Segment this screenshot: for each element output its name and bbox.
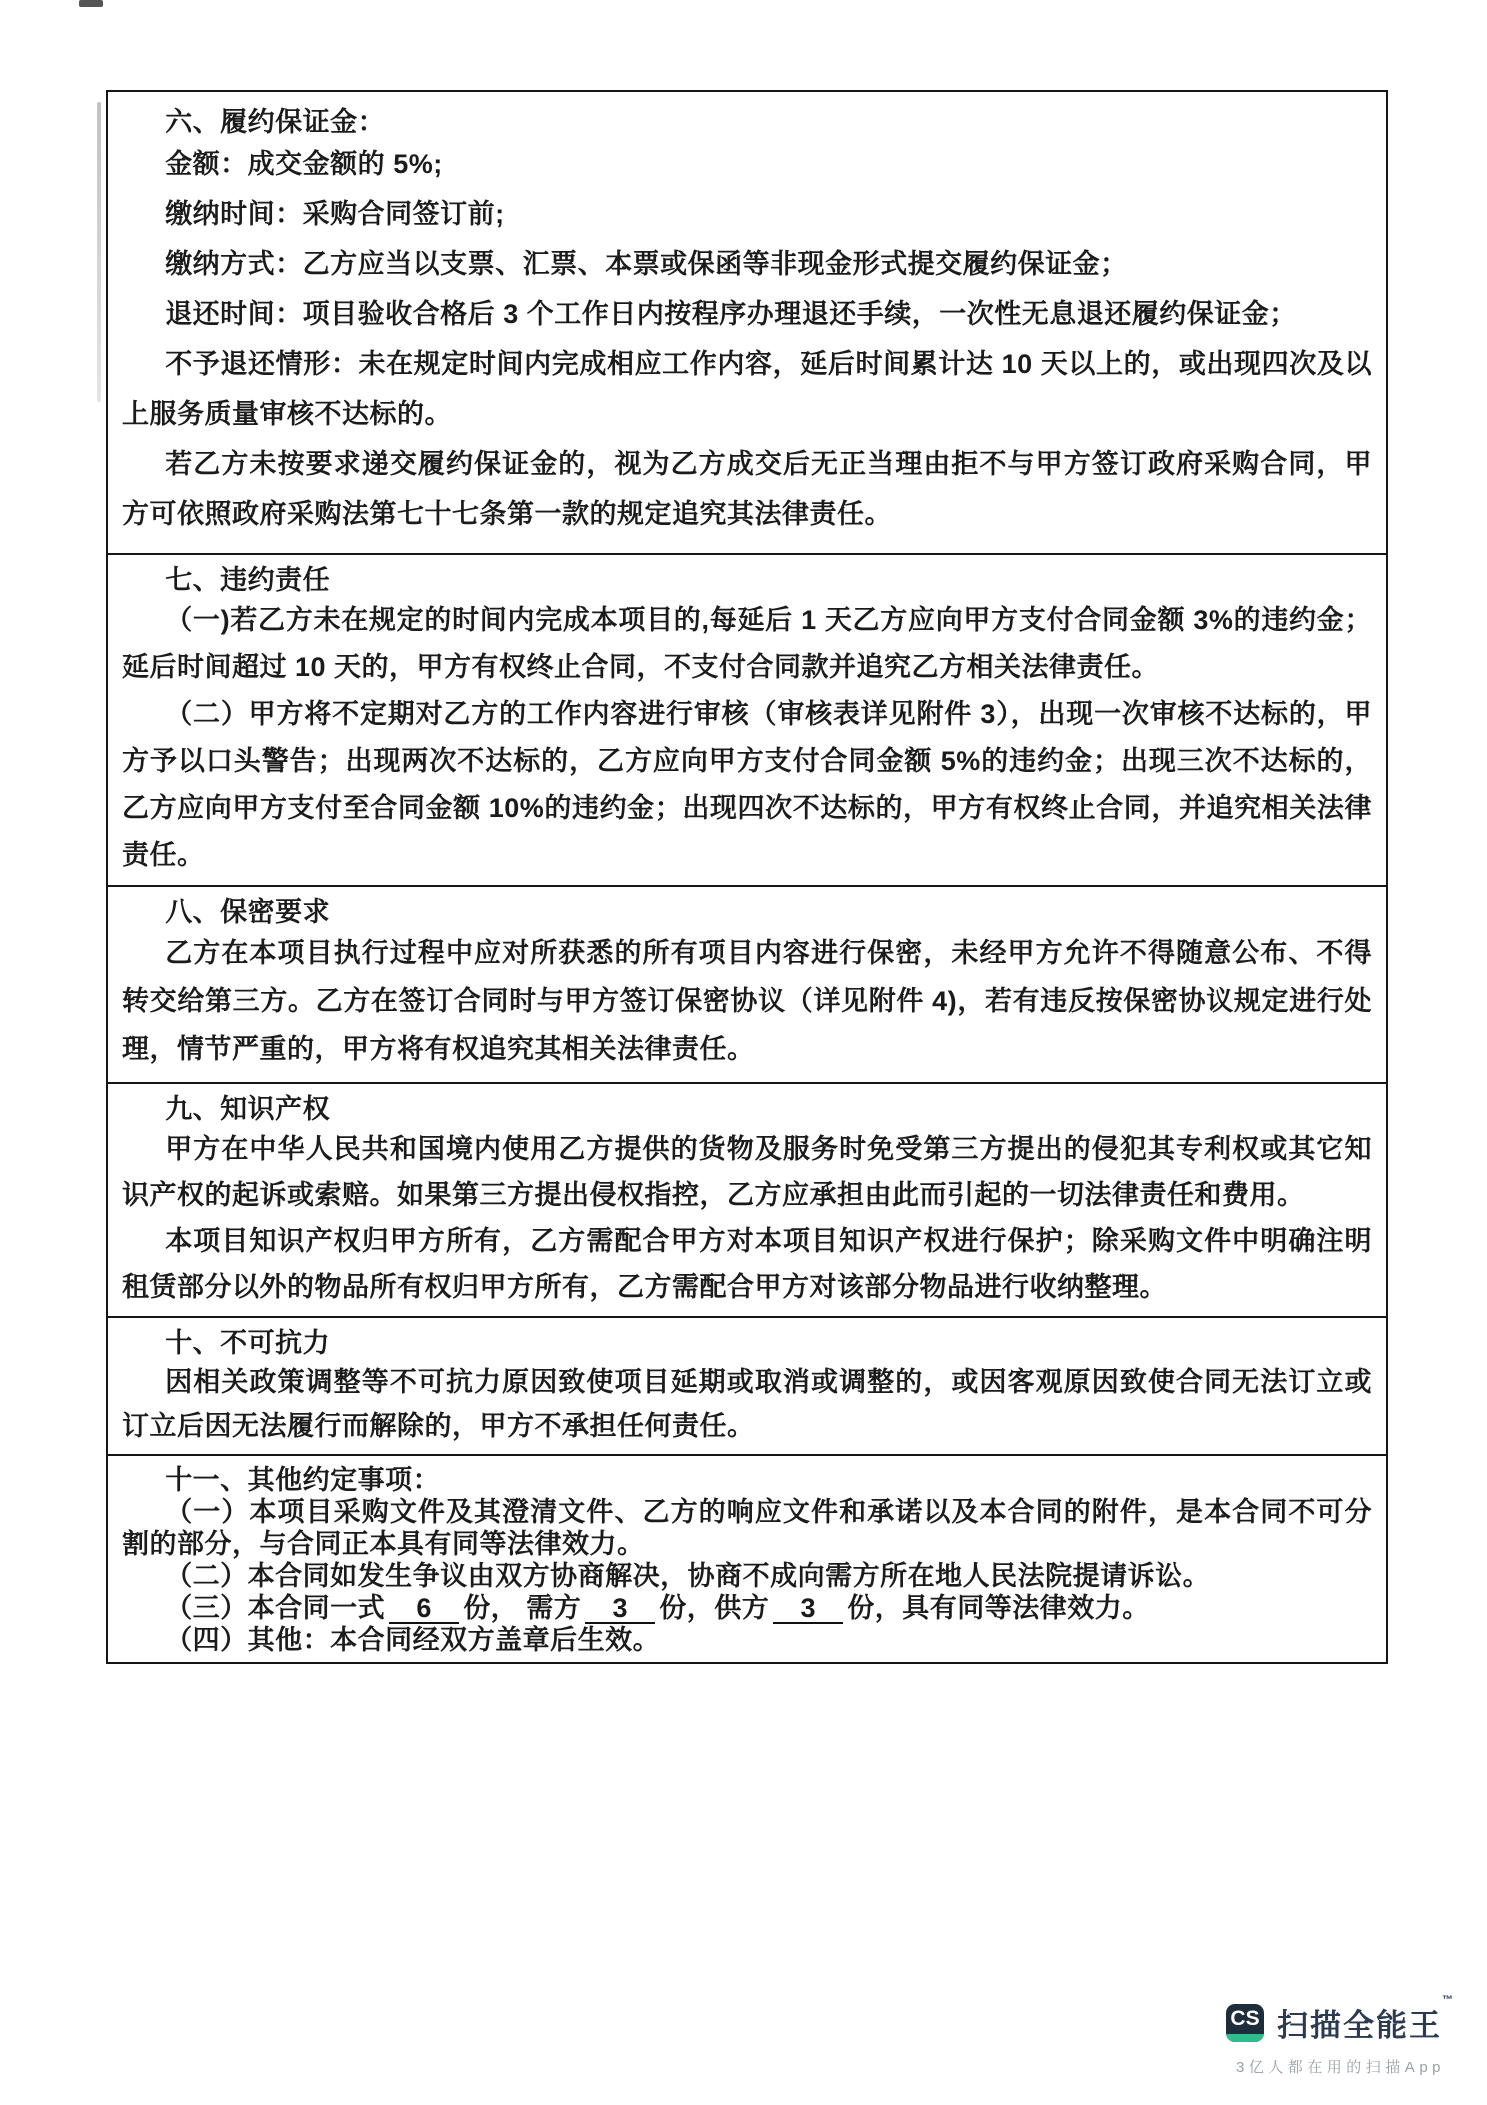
section-title: 十、不可抗力 xyxy=(122,1326,1372,1360)
clause-confidentiality: 乙方在本项目执行过程中应对所获悉的所有项目内容进行保密，未经甲方允许不得随意公布… xyxy=(122,929,1372,1073)
camscanner-logo-strip xyxy=(1226,2034,1264,2042)
clause-delay-penalty: （一)若乙方未在规定的时间内完成本项目的,每延后 1 天乙方应向甲方支付合同金额… xyxy=(122,597,1372,691)
clause-dispute-resolution: （二）本合同如发生争议由双方协商解决，协商不成向需方所在地人民法院提请诉讼。 xyxy=(122,1560,1372,1592)
copies-text-2: 份， 需方 xyxy=(463,1593,581,1623)
section-title: 十一、其他约定事项： xyxy=(122,1464,1372,1496)
copies-buyer-count: 3 xyxy=(585,1594,655,1624)
clause-ip-indemnity: 甲方在中华人民共和国境内使用乙方提供的货物及服务时免受第三方提出的侵犯其专利权或… xyxy=(122,1126,1372,1218)
section-breach-liability: 七、违约责任 （一)若乙方未在规定的时间内完成本项目的,每延后 1 天乙方应向甲… xyxy=(108,553,1386,885)
camscanner-logo-icon: CS xyxy=(1226,2004,1264,2042)
camscanner-cs-glyph: CS xyxy=(1226,2004,1264,2034)
scanned-contract-page: 六、履约保证金： 金额：成交金额的 5%; 缴纳时间：采购合同签订前; 缴纳方式… xyxy=(0,0,1487,2105)
clause-bond-violation: 若乙方未按要求递交履约保证金的，视为乙方成交后无正当理由拒不与甲方签订政府采购合… xyxy=(122,439,1372,539)
copies-text-1: （三）本合同一式 xyxy=(165,1593,385,1623)
clause-refund-time: 退还时间：项目验收合格后 3 个工作日内按程序办理退还手续，一次性无息退还履约保… xyxy=(122,289,1372,339)
camscanner-brand-name: 扫描全能王™ xyxy=(1277,2000,1455,2045)
section-confidentiality: 八、保密要求 乙方在本项目执行过程中应对所获悉的所有项目内容进行保密，未经甲方允… xyxy=(108,885,1386,1082)
scan-artifact-speck xyxy=(79,0,103,7)
copies-supplier-count: 3 xyxy=(773,1594,843,1624)
contract-table: 六、履约保证金： 金额：成交金额的 5%; 缴纳时间：采购合同签订前; 缴纳方式… xyxy=(106,90,1388,1664)
section-other-matters: 十一、其他约定事项： （一）本项目采购文件及其澄清文件、乙方的响应文件和承诺以及… xyxy=(108,1454,1386,1662)
clause-audit-penalty: （二）甲方将不定期对乙方的工作内容进行审核（审核表详见附件 3），出现一次审核不… xyxy=(122,691,1372,879)
clause-no-refund-cases: 不予退还情形：未在规定时间内完成相应工作内容，延后时间累计达 10 天以上的，或… xyxy=(122,339,1372,439)
copies-text-4: 份，具有同等法律效力。 xyxy=(847,1593,1150,1623)
clause-documents-integral: （一）本项目采购文件及其澄清文件、乙方的响应文件和承诺以及本合同的附件，是本合同… xyxy=(122,1496,1372,1560)
section-title: 六、履约保证金： xyxy=(122,105,1372,139)
clause-force-majeure: 因相关政策调整等不可抗力原因致使项目延期或取消或调整的，或因客观原因致使合同无法… xyxy=(122,1360,1372,1448)
section-title: 八、保密要求 xyxy=(122,895,1372,929)
camscanner-watermark-row: CS 扫描全能王™ xyxy=(1226,2000,1455,2045)
clause-copies: （三）本合同一式6份， 需方3份，供方3份，具有同等法律效力。 xyxy=(122,1592,1372,1624)
section-force-majeure: 十、不可抗力 因相关政策调整等不可抗力原因致使项目延期或取消或调整的，或因客观原… xyxy=(108,1316,1386,1454)
section-title: 七、违约责任 xyxy=(122,563,1372,597)
section-title: 九、知识产权 xyxy=(122,1092,1372,1126)
section-performance-bond: 六、履约保证金： 金额：成交金额的 5%; 缴纳时间：采购合同签订前; 缴纳方式… xyxy=(108,92,1386,553)
section-intellectual-property: 九、知识产权 甲方在中华人民共和国境内使用乙方提供的货物及服务时免受第三方提出的… xyxy=(108,1082,1386,1316)
scan-artifact-streak xyxy=(97,102,101,402)
clause-ip-ownership: 本项目知识产权归甲方所有，乙方需配合甲方对本项目知识产权进行保护；除采购文件中明… xyxy=(122,1218,1372,1310)
camscanner-brand-text: 扫描全能王 xyxy=(1277,2008,1442,2043)
clause-payment-time: 缴纳时间：采购合同签订前; xyxy=(122,189,1372,239)
copies-text-3: 份，供方 xyxy=(659,1593,769,1623)
camscanner-watermark: CS 扫描全能王™ 3亿人都在用的扫描App xyxy=(1226,2000,1455,2077)
camscanner-tagline: 3亿人都在用的扫描App xyxy=(1236,2056,1445,2077)
copies-total-count: 6 xyxy=(389,1594,459,1624)
clause-amount: 金额：成交金额的 5%; xyxy=(122,139,1372,189)
trademark-symbol: ™ xyxy=(1442,1994,1455,2006)
clause-effective-on-seal: （四）其他：本合同经双方盖章后生效。 xyxy=(122,1624,1372,1656)
clause-payment-method: 缴纳方式：乙方应当以支票、汇票、本票或保函等非现金形式提交履约保证金； xyxy=(122,239,1372,289)
